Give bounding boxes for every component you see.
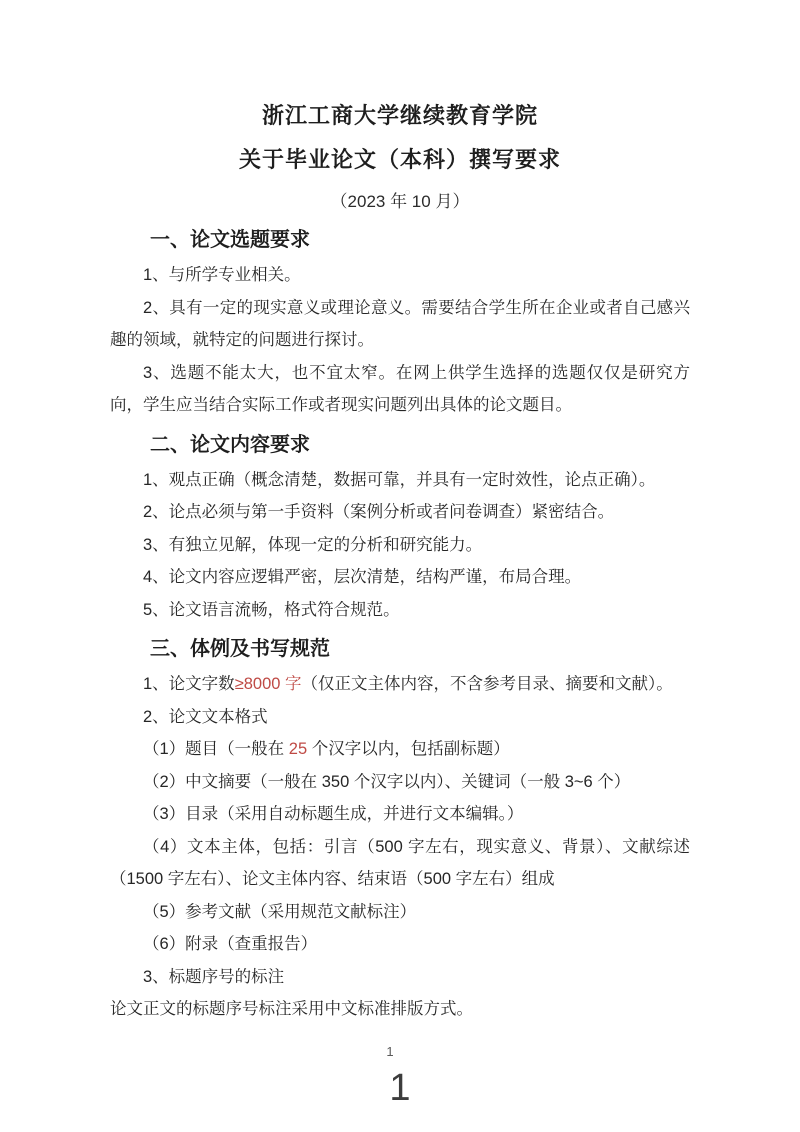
- paragraph: 5、论文语言流畅，格式符合规范。: [110, 594, 690, 627]
- text-run: 1、论文字数: [143, 675, 235, 693]
- document-date: （2023 年 10 月）: [110, 187, 690, 217]
- paragraph: （4）文本主体，包括：引言（500 字左右，现实意义、背景）、文献综述（1500…: [110, 831, 690, 896]
- text-run: （仅正文主体内容，不含参考目录、摘要和文献）。: [302, 675, 673, 693]
- section-heading-content-requirements: 二、论文内容要求: [110, 428, 690, 462]
- text-run: （1）题目（一般在: [143, 740, 289, 758]
- paragraph: （2）中文摘要（一般在 350 个汉字以内）、关键词（一般 3~6 个）: [110, 766, 690, 799]
- paragraph: 1、观点正确（概念清楚，数据可靠，并具有一定时效性，论点正确）。: [110, 464, 690, 497]
- paragraph: 3、有独立见解，体现一定的分析和研究能力。: [110, 529, 690, 562]
- paragraph: （6）附录（查重报告）: [110, 928, 690, 961]
- paragraph: 2、论文文本格式: [110, 701, 690, 734]
- section-heading-topic-requirements: 一、论文选题要求: [110, 223, 690, 257]
- paragraph: 4、论文内容应逻辑严密，层次清楚，结构严谨，布局合理。: [110, 561, 690, 594]
- paragraph: 3、选题不能太大，也不宜太窄。在网上供学生选择的选题仅仅是研究方向，学生应当结合…: [110, 357, 690, 422]
- emphasized-char-limit: 25: [289, 740, 307, 758]
- document-title: 浙江工商大学继续教育学院: [110, 100, 690, 132]
- paragraph: 论文正文的标题序号标注采用中文标准排版方式。: [110, 993, 690, 1026]
- paragraph: 2、具有一定的现实意义或理论意义。需要结合学生所在企业或者自己感兴趣的领域，就特…: [110, 292, 690, 357]
- document-page: 浙江工商大学继续教育学院 关于毕业论文（本科）撰写要求 （2023 年 10 月…: [0, 0, 800, 1132]
- paragraph: 3、标题序号的标注: [110, 961, 690, 994]
- page-number: 1: [0, 1044, 780, 1060]
- viewer-page-number: 1: [0, 1064, 800, 1112]
- text-run: 个汉字以内，包括副标题）: [307, 740, 510, 758]
- paragraph: 1、与所学专业相关。: [110, 259, 690, 292]
- emphasized-word-count: ≥8000 字: [235, 675, 302, 693]
- paragraph-title-length: （1）题目（一般在 25 个汉字以内，包括副标题）: [110, 733, 690, 766]
- section-heading-format-rules: 三、体例及书写规范: [110, 632, 690, 666]
- document-subtitle: 关于毕业论文（本科）撰写要求: [110, 144, 690, 176]
- paragraph: （5）参考文献（采用规范文献标注）: [110, 896, 690, 929]
- paragraph: （3）目录（采用自动标题生成，并进行文本编辑。）: [110, 798, 690, 831]
- paragraph: 2、论点必须与第一手资料（案例分析或者问卷调查）紧密结合。: [110, 496, 690, 529]
- paragraph-word-count: 1、论文字数≥8000 字（仅正文主体内容，不含参考目录、摘要和文献）。: [110, 668, 690, 701]
